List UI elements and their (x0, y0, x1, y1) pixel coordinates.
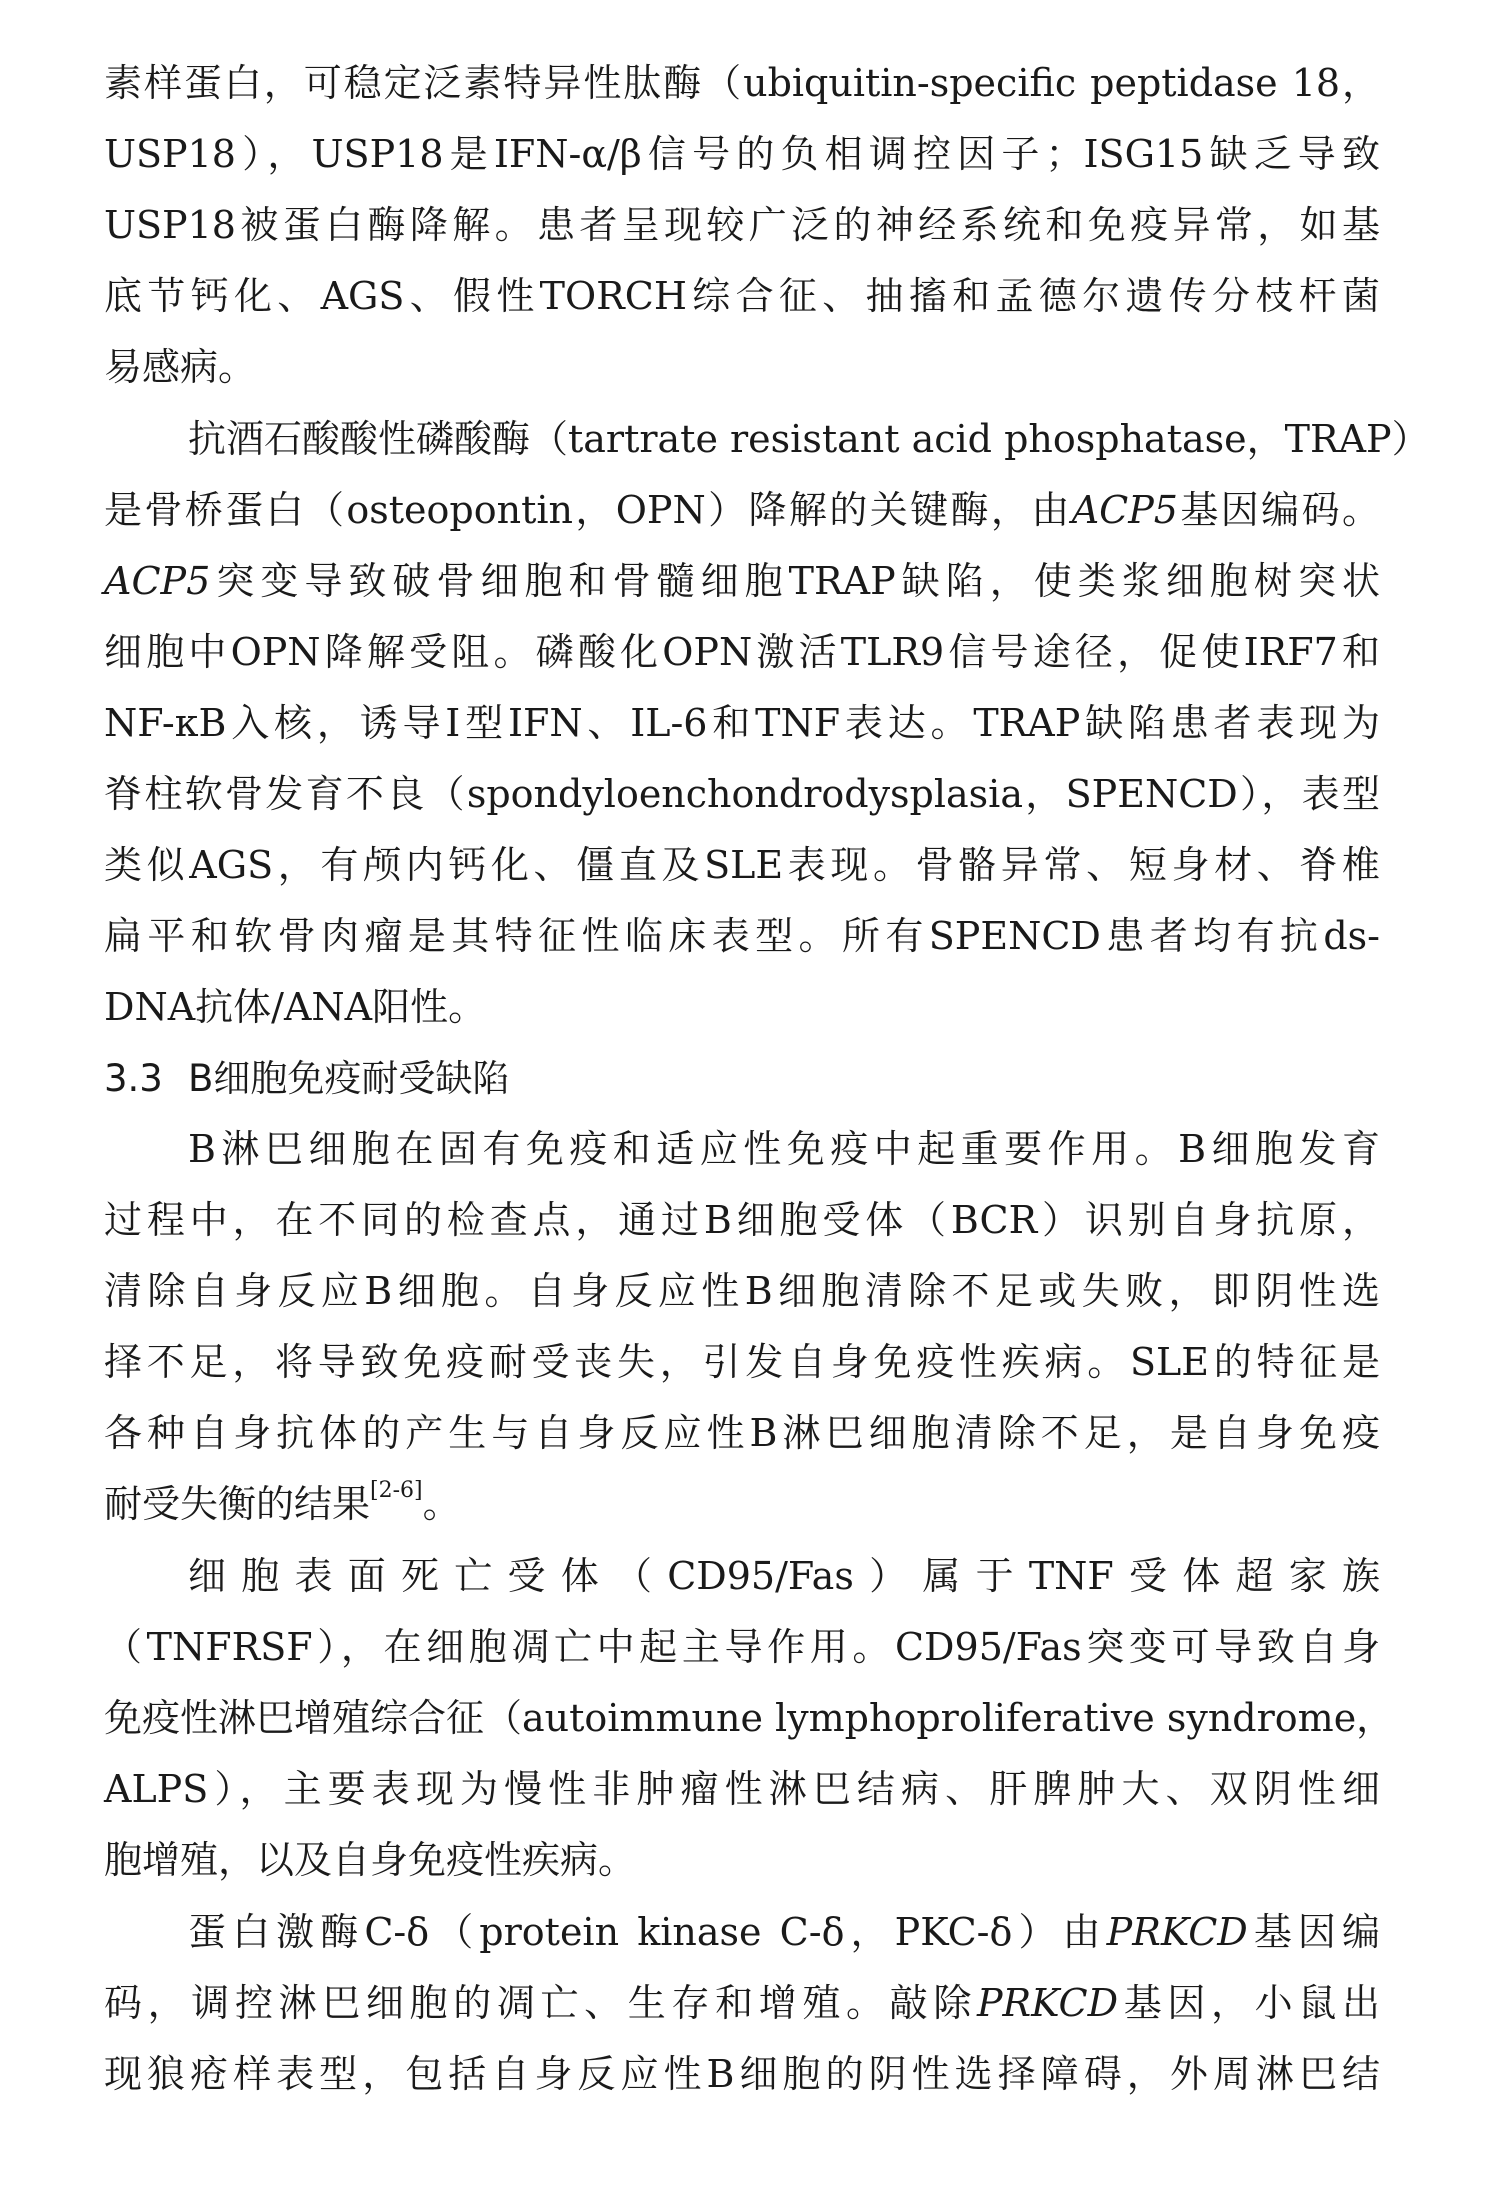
text-line: 各种自身抗体的产生与自身反应性B淋巴细胞清除不足，是自身免疫 (104, 1398, 1380, 1469)
section-title: B细胞免疫耐受缺陷 (188, 1057, 509, 1100)
text-line: 择不足，将导致免疫耐受丧失，引发自身免疫性疾病。SLE的特征是 (104, 1327, 1380, 1398)
text-line: NF-κB入核，诱导Ⅰ型IFN、IL-6和TNF表达。TRAP缺陷患者表现为 (104, 688, 1380, 759)
text-line: 蛋白激酶C-δ（protein kinase C-δ，PKC-δ）由PRKCD基… (104, 1897, 1380, 1968)
text-line: 现狼疮样表型，包括自身反应性B细胞的阴性选择障碍，外周淋巴结 (104, 2039, 1380, 2110)
text-line: 耐受失衡的结果[2-6]。 (104, 1469, 1380, 1540)
text-segment: 耐受失衡的结果 (104, 1482, 370, 1526)
text-line: ACP5突变导致破骨细胞和骨髓细胞TRAP缺陷，使类浆细胞树突状 (104, 546, 1380, 617)
text-line: 素样蛋白，可稳定泛素特异性肽酶（ubiquitin-specific pepti… (104, 48, 1380, 119)
text-line: USP18被蛋白酶降解。患者呈现较广泛的神经系统和免疫异常，如基 (104, 190, 1380, 261)
text-line: 清除自身反应B细胞。自身反应性B细胞清除不足或失败，即阴性选 (104, 1256, 1380, 1327)
text-line: 扁平和软骨肉瘤是其特征性临床表型。所有SPENCD患者均有抗ds- (104, 901, 1380, 972)
paragraph-pkc-delta: 蛋白激酶C-δ（protein kinase C-δ，PKC-δ）由PRKCD基… (104, 1897, 1380, 2110)
text-segment: 。 (423, 1482, 461, 1526)
text-line: （TNFRSF），在细胞凋亡中起主导作用。CD95/Fas突变可导致自身 (104, 1612, 1380, 1683)
text-line: 胞增殖，以及自身免疫性疾病。 (104, 1825, 1380, 1896)
text-line: 类似AGS，有颅内钙化、僵直及SLE表现。骨骼异常、短身材、脊椎 (104, 830, 1380, 901)
text-line: 免疫性淋巴增殖综合征（autoimmune lymphoproliferativ… (104, 1683, 1380, 1754)
text-line: 是骨桥蛋白（osteopontin，OPN）降解的关键酶，由ACP5基因编码。 (104, 475, 1380, 546)
text-line: ALPS），主要表现为慢性非肿瘤性淋巴结病、肝脾肿大、双阴性细 (104, 1754, 1380, 1825)
document-page: 素样蛋白，可稳定泛素特异性肽酶（ubiquitin-specific pepti… (104, 48, 1380, 2110)
paragraph-isg15: 素样蛋白，可稳定泛素特异性肽酶（ubiquitin-specific pepti… (104, 48, 1380, 403)
text-line: USP18），USP18是IFN-α/β信号的负相调控因子；ISG15缺乏导致 (104, 119, 1380, 190)
paragraph-b-cell: B淋巴细胞在固有免疫和适应性免疫中起重要作用。B细胞发育 过程中，在不同的检查点… (104, 1114, 1380, 1540)
paragraph-trap: 抗酒石酸酸性磷酸酶（tartrate resistant acid phosph… (104, 404, 1380, 1043)
text-line: DNA抗体/ANA阳性。 (104, 972, 1380, 1043)
text-line: B淋巴细胞在固有免疫和适应性免疫中起重要作用。B细胞发育 (104, 1114, 1380, 1185)
section-heading: 3.3B细胞免疫耐受缺陷 (104, 1043, 1380, 1114)
text-line: 脊柱软骨发育不良（spondyloenchondrodysplasia，SPEN… (104, 759, 1380, 830)
text-line: 易感病。 (104, 332, 1380, 403)
citation-link[interactable]: [2-6] (370, 1478, 423, 1503)
text-line: 底节钙化、AGS、假性TORCH综合征、抽搐和孟德尔遗传分枝杆菌 (104, 261, 1380, 332)
text-line: 抗酒石酸酸性磷酸酶（tartrate resistant acid phosph… (104, 404, 1380, 475)
text-line: 细胞中OPN降解受阻。磷酸化OPN激活TLR9信号途径，促使IRF7和 (104, 617, 1380, 688)
text-line: 过程中，在不同的检查点，通过B细胞受体（BCR）识别自身抗原， (104, 1185, 1380, 1256)
text-line: 码，调控淋巴细胞的凋亡、生存和增殖。敲除PRKCD基因，小鼠出 (104, 1968, 1380, 2039)
paragraph-cd95: 细胞表面死亡受体（CD95/Fas）属于TNF受体超家族 （TNFRSF），在细… (104, 1541, 1380, 1896)
section-number: 3.3 (104, 1043, 188, 1114)
text-line: 细胞表面死亡受体（CD95/Fas）属于TNF受体超家族 (104, 1541, 1380, 1612)
